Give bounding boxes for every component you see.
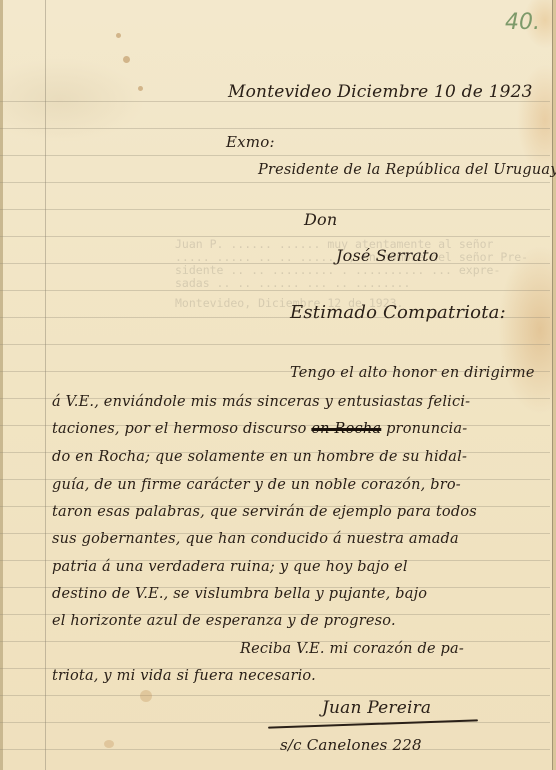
addressee-honorific: Don bbox=[304, 210, 337, 229]
foxing-spot bbox=[123, 56, 130, 63]
body-line: taciones, por el hermoso discurso en Roc… bbox=[52, 421, 467, 437]
body-line: Tengo el alto honor en dirigirme bbox=[290, 365, 535, 381]
body-line: á V.E., enviándole mis más sinceras y en… bbox=[52, 394, 470, 410]
body-line: triota, y mi vida si fuera necesario. bbox=[52, 668, 316, 684]
foxing-spot bbox=[138, 86, 143, 91]
salutation-abbrev: Exmo: bbox=[226, 133, 275, 151]
folio-number: 40. bbox=[505, 10, 540, 35]
margin-line bbox=[45, 0, 46, 770]
struck-text: en Rocha bbox=[311, 421, 381, 437]
body-line: taron esas palabras, que servirán de eje… bbox=[52, 504, 477, 520]
body-line: el horizonte azul de esperanza y de prog… bbox=[52, 613, 396, 629]
letter-page: 40. Juan P. ...... ...... muy atentament… bbox=[0, 0, 556, 770]
body-line: do en Rocha; que solamente en un hombre … bbox=[52, 449, 467, 465]
body-line: guía, de un firme carácter y de un noble… bbox=[52, 477, 461, 493]
body-line: Reciba V.E. mi corazón de pa- bbox=[240, 641, 464, 657]
greeting: Estimado Compatriota: bbox=[290, 302, 506, 323]
addressee-title: Presidente de la República del Uruguay bbox=[258, 162, 556, 178]
body-line: destino de V.E., se vislumbra bella y pu… bbox=[52, 586, 427, 602]
foxing-spot bbox=[116, 33, 121, 38]
foxing-spot bbox=[140, 690, 152, 702]
foxing-spot bbox=[104, 740, 114, 748]
body-line: sus gobernantes, que han conducido á nue… bbox=[52, 531, 459, 547]
sender-address: s/c Canelones 228 bbox=[280, 736, 422, 754]
dateline: Montevideo Diciembre 10 de 1923 bbox=[228, 82, 533, 102]
addressee-name: José Serrato bbox=[336, 246, 439, 265]
signature: Juan Pereira bbox=[322, 698, 431, 718]
body-line: patria á una verdadera ruina; y que hoy … bbox=[52, 559, 408, 575]
page-edge bbox=[552, 0, 553, 770]
signature-underline bbox=[268, 719, 478, 728]
